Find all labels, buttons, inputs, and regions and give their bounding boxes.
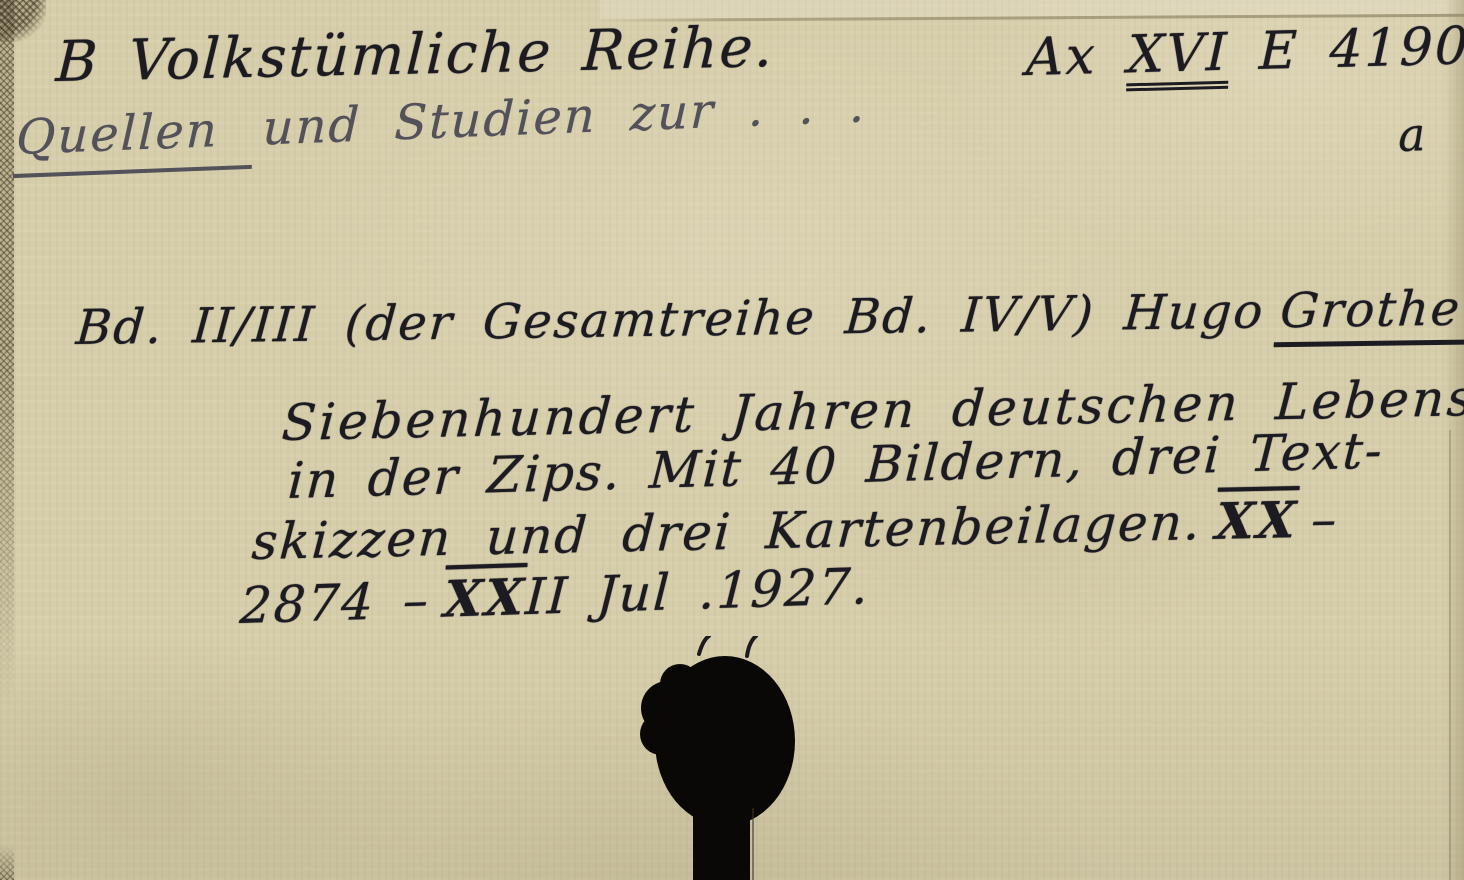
entry-line-5-date: II Jul .1927. xyxy=(524,557,872,626)
entry-author-name: Grothe xyxy=(1274,280,1464,347)
pen-stroke-left xyxy=(699,636,709,654)
entry-line-4-roman: XX xyxy=(1214,490,1300,551)
shelfmark-roman-numeral: XVI xyxy=(1127,27,1230,92)
card-right-edge-shadow xyxy=(1444,0,1464,880)
entry-line-1: Bd. II/III (der Gesamtreihe Bd. IV/V) Hu… xyxy=(74,280,1464,364)
card-left-edge-texture xyxy=(0,0,14,880)
punch-hole xyxy=(628,636,818,880)
shelfmark-number: 4190 xyxy=(1329,16,1464,80)
card-right-edge-line xyxy=(1449,430,1451,880)
shelfmark-copy-letter: a xyxy=(1397,107,1426,162)
subtitle-underlined-word: Quellen xyxy=(13,101,254,178)
entry-line-4-dash: – xyxy=(1309,490,1340,549)
card-top-left-corner-texture xyxy=(0,0,46,42)
entry-line-1-text: Bd. II/III (der Gesamtreihe Bd. IV/V) Hu… xyxy=(74,283,1266,356)
pen-stroke-right xyxy=(747,636,756,656)
shelfmark-prefix: Ax xyxy=(1025,26,1097,88)
shelfmark: Ax XVI E 4190 xyxy=(1025,16,1464,94)
shelfmark-section-letter: E xyxy=(1258,21,1300,82)
series-heading: B Volkstümliche Reihe. xyxy=(54,15,776,95)
entry-line-5-text: 2874 – xyxy=(238,571,431,635)
subtitle-rest: und Studien zur . . . xyxy=(262,77,868,156)
entry-line-5-roman: XX xyxy=(442,567,527,629)
catalog-card: B Volkstümliche Reihe. Quellenund Studie… xyxy=(0,0,1464,880)
